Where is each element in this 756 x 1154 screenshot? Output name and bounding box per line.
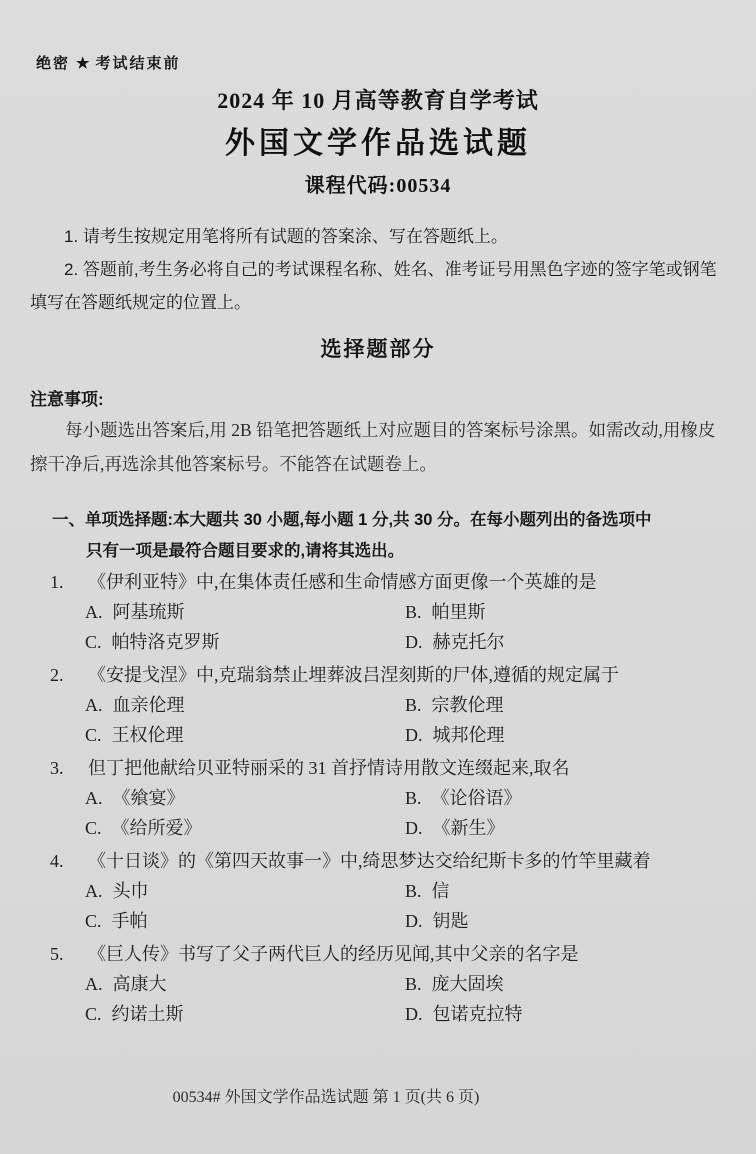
section-title: 选择题部分	[30, 335, 726, 365]
question-number: 5.	[50, 939, 88, 969]
option-label: C.	[85, 813, 102, 843]
option-text: 城邦伦理	[433, 720, 505, 750]
option-text: 头巾	[113, 876, 149, 906]
option-a: A. 高康大	[85, 969, 405, 999]
option-b: B. 帕里斯	[405, 597, 486, 627]
option-c: C. 手帕	[85, 906, 405, 936]
course-code: 课程代码:00534	[30, 172, 726, 200]
option-c: C. 约诺土斯	[85, 999, 405, 1029]
part1-heading-line-1: 一、单项选择题:本大题共 30 小题,每小题 1 分,共 30 分。在每小题列出…	[52, 505, 726, 536]
question-4: 4. 《十日谈》的《第四天故事一》中,绮思梦达交给纪斯卡多的竹竿里藏着 A. 头…	[30, 846, 726, 936]
option-label: C.	[85, 720, 102, 750]
question-2: 2. 《安提戈涅》中,克瑞翁禁止埋葬波吕涅刻斯的尸体,遵循的规定属于 A. 血亲…	[30, 660, 726, 750]
option-label: B.	[405, 876, 422, 906]
option-a: A. 《飨宴》	[85, 783, 405, 813]
option-b: B. 《论俗语》	[405, 783, 522, 813]
question-stem: 但丁把他献给贝亚特丽采的 31 首抒情诗用散文连缀起来,取名	[88, 753, 726, 783]
part1-heading: 一、单项选择题:本大题共 30 小题,每小题 1 分,共 30 分。在每小题列出…	[30, 505, 726, 567]
option-text: 钥匙	[433, 906, 469, 936]
option-text: 帕里斯	[432, 597, 486, 627]
option-text: 信	[432, 876, 450, 906]
secret-label: 绝密	[36, 55, 70, 72]
option-text: 《新生》	[433, 813, 505, 843]
option-label: B.	[405, 783, 422, 813]
option-c: C. 王权伦理	[85, 720, 405, 750]
instruction-item-1: 1. 请考生按规定用笔将所有试题的答案涂、写在答题纸上。	[30, 220, 726, 253]
notes-body-line-1: 每小题选出答案后,用 2B 铅笔把答题纸上对应题目的答案标号涂黑。如需改动,用橡…	[30, 413, 726, 447]
option-label: D.	[405, 720, 423, 750]
option-text: 阿基琉斯	[113, 597, 185, 627]
question-number: 2.	[50, 660, 88, 690]
option-a: A. 阿基琉斯	[85, 597, 405, 627]
option-label: A.	[85, 597, 103, 627]
question-stem: 《伊利亚特》中,在集体责任感和生命情感方面更像一个英雄的是	[88, 567, 726, 597]
option-b: B. 庞大固埃	[405, 969, 504, 999]
option-d: D. 城邦伦理	[405, 720, 505, 750]
option-d: D. 钥匙	[405, 906, 469, 936]
question-3: 3. 但丁把他献给贝亚特丽采的 31 首抒情诗用散文连缀起来,取名 A. 《飨宴…	[30, 753, 726, 843]
question-5: 5. 《巨人传》书写了父子两代巨人的经历见闻,其中父亲的名字是 A. 高康大 B…	[30, 939, 726, 1029]
option-label: A.	[85, 969, 103, 999]
question-number: 4.	[50, 846, 88, 876]
option-text: 帕特洛克罗斯	[112, 627, 220, 657]
option-label: B.	[405, 597, 422, 627]
question-stem: 《安提戈涅》中,克瑞翁禁止埋葬波吕涅刻斯的尸体,遵循的规定属于	[88, 660, 726, 690]
classification-banner: 绝密★考试结束前	[36, 0, 726, 74]
option-c: C. 《给所爱》	[85, 813, 405, 843]
part1-heading-line-2: 只有一项是最符合题目要求的,请将其选出。	[86, 536, 726, 567]
question-stem: 《十日谈》的《第四天故事一》中,绮思梦达交给纪斯卡多的竹竿里藏着	[88, 846, 726, 876]
option-label: A.	[85, 783, 103, 813]
question-1: 1. 《伊利亚特》中,在集体责任感和生命情感方面更像一个英雄的是 A. 阿基琉斯…	[30, 567, 726, 657]
option-a: A. 头巾	[85, 876, 405, 906]
option-label: B.	[405, 969, 422, 999]
option-text: 宗教伦理	[432, 690, 504, 720]
option-label: D.	[405, 999, 423, 1029]
option-text: 《飨宴》	[113, 783, 185, 813]
page-footer: 00534# 外国文学作品选试题 第 1 页(共 6 页)	[0, 1086, 704, 1110]
instruction-item-2-line-1: 2. 答题前,考生务必将自己的考试课程名称、姓名、准考证号用黑色字迹的签字笔或钢…	[30, 253, 726, 286]
option-d: D. 《新生》	[405, 813, 505, 843]
paper-title: 外国文学作品选试题	[30, 124, 726, 164]
question-number: 3.	[50, 753, 88, 783]
option-b: B. 宗教伦理	[405, 690, 504, 720]
option-c: C. 帕特洛克罗斯	[85, 627, 405, 657]
option-label: D.	[405, 627, 423, 657]
option-d: D. 包诺克拉特	[405, 999, 523, 1029]
option-text: 庞大固埃	[432, 969, 504, 999]
question-number: 1.	[50, 567, 88, 597]
option-text: 《给所爱》	[112, 813, 202, 843]
option-text: 高康大	[113, 969, 167, 999]
question-list: 1. 《伊利亚特》中,在集体责任感和生命情感方面更像一个英雄的是 A. 阿基琉斯…	[30, 567, 726, 1029]
exam-paper: 绝密★考试结束前 2024 年 10 月高等教育自学考试 外国文学作品选试题 课…	[0, 0, 756, 1154]
option-b: B. 信	[405, 876, 450, 906]
timing-label: 考试结束前	[95, 55, 180, 72]
option-text: 血亲伦理	[113, 690, 185, 720]
notes-body: 每小题选出答案后,用 2B 铅笔把答题纸上对应题目的答案标号涂黑。如需改动,用橡…	[30, 413, 726, 481]
notes-body-line-2: 擦干净后,再选涂其他答案标号。不能答在试题卷上。	[30, 447, 726, 481]
exam-session-title: 2024 年 10 月高等教育自学考试	[30, 88, 726, 114]
option-a: A. 血亲伦理	[85, 690, 405, 720]
option-text: 约诺土斯	[112, 999, 184, 1029]
option-text: 包诺克拉特	[433, 999, 523, 1029]
option-text: 手帕	[112, 906, 148, 936]
option-text: 王权伦理	[112, 720, 184, 750]
option-d: D. 赫克托尔	[405, 627, 505, 657]
option-label: D.	[405, 813, 423, 843]
option-label: A.	[85, 690, 103, 720]
notes-heading: 注意事项:	[30, 387, 726, 413]
option-label: C.	[85, 906, 102, 936]
option-label: C.	[85, 999, 102, 1029]
option-label: D.	[405, 906, 423, 936]
option-text: 《论俗语》	[432, 783, 522, 813]
star-icon: ★	[70, 55, 95, 72]
option-label: B.	[405, 690, 422, 720]
candidate-instructions: 1. 请考生按规定用笔将所有试题的答案涂、写在答题纸上。 2. 答题前,考生务必…	[30, 220, 726, 319]
question-stem: 《巨人传》书写了父子两代巨人的经历见闻,其中父亲的名字是	[88, 939, 726, 969]
option-label: A.	[85, 876, 103, 906]
instruction-item-2-line-2: 填写在答题纸规定的位置上。	[30, 286, 726, 319]
option-text: 赫克托尔	[433, 627, 505, 657]
option-label: C.	[85, 627, 102, 657]
